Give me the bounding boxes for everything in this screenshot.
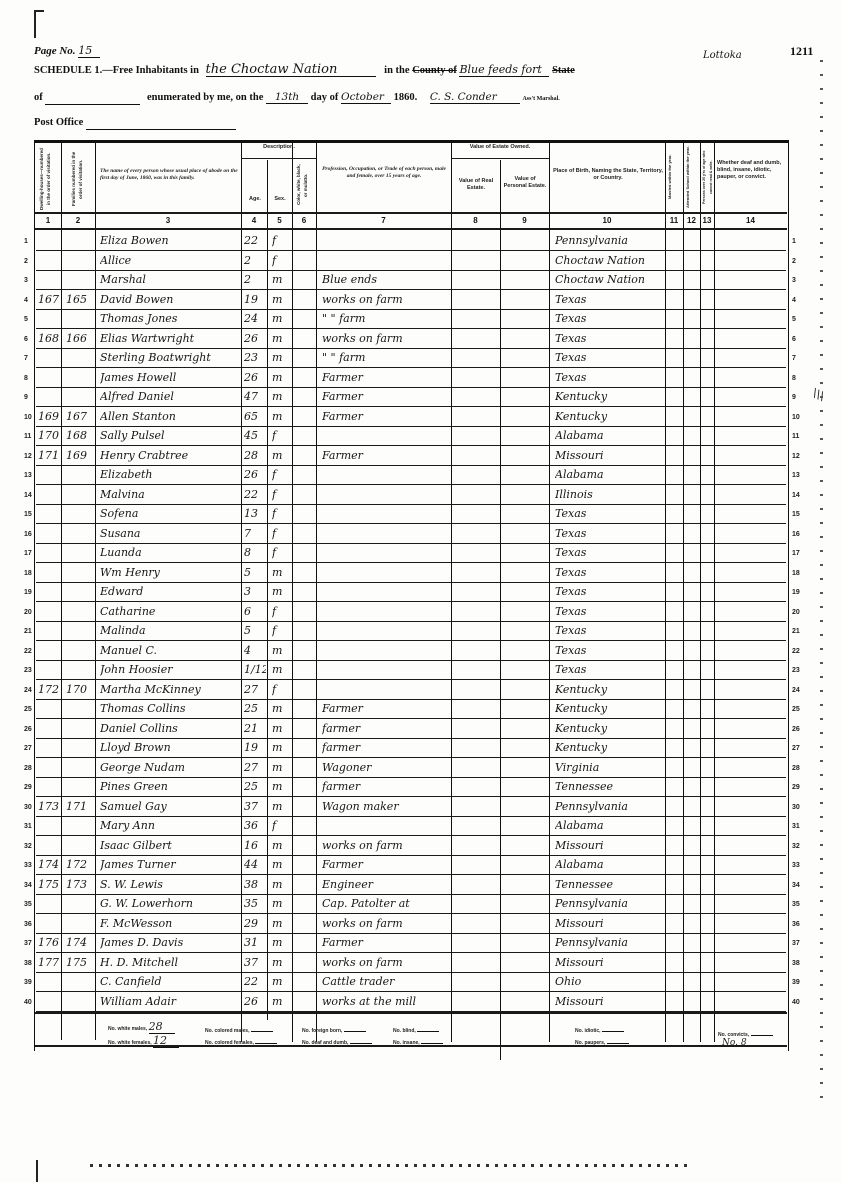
person-name: Sofena — [100, 507, 240, 520]
rows-bottom-rule — [35, 1012, 787, 1014]
person-name: William Adair — [100, 995, 240, 1008]
person-name: Pines Green — [100, 780, 240, 793]
line-number-left: 19 — [24, 589, 32, 596]
row-rule — [36, 406, 786, 407]
row-rule — [36, 523, 786, 524]
sex: f — [272, 819, 290, 832]
age: 24 — [244, 312, 266, 325]
white-males-label: No. white males, — [108, 1026, 147, 1032]
line-number-right: 7 — [792, 355, 796, 362]
sex: m — [272, 839, 290, 852]
row-rule — [36, 991, 786, 992]
birthplace: Alabama — [555, 819, 663, 832]
summary-white-females: No. white females, 12 — [108, 1034, 179, 1048]
sex: m — [272, 312, 290, 325]
sex: f — [272, 234, 290, 247]
row-rule — [36, 952, 786, 953]
occupation: Farmer — [322, 702, 450, 715]
line-number-left: 30 — [24, 804, 32, 811]
col13-header: Persons over 20 y'rs of age who cannot r… — [701, 146, 713, 208]
sex: m — [272, 761, 290, 774]
colored-females-label: No. colored females, — [205, 1040, 254, 1046]
sex: m — [272, 936, 290, 949]
birthplace: Missouri — [555, 449, 663, 462]
line-number-left: 3 — [24, 277, 28, 284]
sex: m — [272, 722, 290, 735]
birthplace: Ohio — [555, 975, 663, 988]
post-office-label: Post Office — [34, 117, 83, 128]
birthplace: Texas — [555, 332, 663, 345]
family-number: 167 — [66, 410, 92, 423]
birthplace: Missouri — [555, 839, 663, 852]
person-name: Martha McKinney — [100, 683, 240, 696]
sex: m — [272, 293, 290, 306]
age: 38 — [244, 878, 266, 891]
birthplace: Texas — [555, 507, 663, 520]
birthplace: Texas — [555, 585, 663, 598]
person-name: Malinda — [100, 624, 240, 637]
sex: m — [272, 780, 290, 793]
age: 26 — [244, 371, 266, 384]
person-name: G. W. Lowerhorn — [100, 897, 240, 910]
line-number-right: 19 — [792, 589, 800, 596]
page-number: Page No. 15 — [34, 45, 100, 58]
line-number-left: 10 — [24, 414, 32, 421]
schedule-label: SCHEDULE 1.—Free Inhabitants in — [34, 65, 199, 76]
page-number-value: 15 — [78, 45, 100, 58]
line-number-left: 12 — [24, 453, 32, 460]
col-number: 7 — [316, 216, 451, 225]
person-name: Lloyd Brown — [100, 741, 240, 754]
line-number-right: 22 — [792, 648, 800, 655]
line-number-right: 14 — [792, 492, 800, 499]
dwelling-number: 167 — [38, 293, 60, 306]
row-rule — [36, 757, 786, 758]
occupation: works on farm — [322, 332, 450, 345]
group-divider — [241, 158, 316, 159]
line-number-right: 25 — [792, 706, 800, 713]
col-number: 1 — [35, 216, 61, 225]
sex: m — [272, 332, 290, 345]
person-name: H. D. Mitchell — [100, 956, 240, 969]
row-rule — [36, 718, 786, 719]
sex: m — [272, 878, 290, 891]
birthplace: Kentucky — [555, 702, 663, 715]
line-number-right: 32 — [792, 843, 800, 850]
age: 25 — [244, 702, 266, 715]
age: 4 — [244, 644, 266, 657]
person-name: John Hoosier — [100, 663, 240, 676]
sex: f — [272, 624, 290, 637]
birthplace: Texas — [555, 312, 663, 325]
occupation: Farmer — [322, 449, 450, 462]
row-rule — [36, 679, 786, 680]
line-number-right: 38 — [792, 960, 800, 967]
enumerated-label: enumerated by me, on the — [147, 92, 263, 103]
number-row-rule — [35, 228, 787, 230]
sex: m — [272, 351, 290, 364]
col-number: 6 — [292, 216, 316, 225]
occupation: Farmer — [322, 936, 450, 949]
enumeration-line: of enumerated by me, on the 13th day of … — [34, 91, 560, 105]
col10-header: Place of Birth, Naming the State, Territ… — [553, 168, 663, 182]
sex: m — [272, 917, 290, 930]
person-name: Samuel Gay — [100, 800, 240, 813]
col2-header: Families numbered in the order of visita… — [70, 148, 90, 210]
occupation: works on farm — [322, 956, 450, 969]
line-number-right: 24 — [792, 687, 800, 694]
dwelling-number: 175 — [38, 878, 60, 891]
person-name: Susana — [100, 527, 240, 540]
post-office-blank — [86, 117, 236, 130]
summary-paupers: No. paupers, — [575, 1038, 629, 1046]
person-name: George Nudam — [100, 761, 240, 774]
person-name: Wm Henry — [100, 566, 240, 579]
sex: m — [272, 995, 290, 1008]
line-number-left: 21 — [24, 628, 32, 635]
birthplace: Texas — [555, 605, 663, 618]
age: 65 — [244, 410, 266, 423]
birthplace: Texas — [555, 566, 663, 579]
line-number-right: 1 — [792, 238, 796, 245]
age: 19 — [244, 293, 266, 306]
occupation: works on farm — [322, 839, 450, 852]
col5-header: Sex. — [268, 196, 292, 203]
birthplace: Kentucky — [555, 390, 663, 403]
line-number-right: 10 — [792, 414, 800, 421]
age: 27 — [244, 683, 266, 696]
county-value: Blue feeds fort — [459, 64, 549, 77]
sex: m — [272, 644, 290, 657]
row-rule — [36, 250, 786, 251]
line-number-right: 26 — [792, 726, 800, 733]
col4-header: Age. — [243, 196, 267, 203]
col8-header: Value of Real Estate. — [455, 178, 497, 192]
sex: m — [272, 858, 290, 871]
age: 26 — [244, 995, 266, 1008]
day-value: 13th — [266, 91, 308, 104]
sex: m — [272, 273, 290, 286]
group-divider — [451, 158, 549, 159]
birthplace: Kentucky — [555, 722, 663, 735]
row-rule — [36, 796, 786, 797]
line-number-left: 26 — [24, 726, 32, 733]
foreign-born-label: No. foreign born, — [302, 1028, 342, 1034]
col-number: 12 — [683, 216, 700, 225]
marshal-name: C. S. Conder — [430, 91, 520, 104]
line-number-right: 2 — [792, 258, 796, 265]
census-page: Page No. 15 1211 Lottoka SCHEDULE 1.—Fre… — [0, 0, 842, 1182]
age: 2 — [244, 254, 266, 267]
col12-header: Attended School within the year. — [684, 146, 699, 208]
age: 6 — [244, 605, 266, 618]
line-number-left: 14 — [24, 492, 32, 499]
person-name: Elizabeth — [100, 468, 240, 481]
occupation: works on farm — [322, 293, 450, 306]
corner-mark — [34, 10, 44, 12]
occupation: farmer — [322, 780, 450, 793]
line-number-right: 5 — [792, 316, 796, 323]
person-name: Luanda — [100, 546, 240, 559]
sex: f — [272, 683, 290, 696]
col3-header: The name of every person whose usual pla… — [100, 168, 238, 182]
birthplace: Kentucky — [555, 410, 663, 423]
birthplace: Alabama — [555, 858, 663, 871]
birthplace: Virginia — [555, 761, 663, 774]
birthplace: Missouri — [555, 917, 663, 930]
age: 29 — [244, 917, 266, 930]
occupation: " " farm — [322, 312, 450, 325]
col-number: 9 — [500, 216, 549, 225]
age: 44 — [244, 858, 266, 871]
birthplace: Alabama — [555, 468, 663, 481]
line-number-left: 39 — [24, 979, 32, 986]
line-number-right: 21 — [792, 628, 800, 635]
family-number: 165 — [66, 293, 92, 306]
age: 31 — [244, 936, 266, 949]
row-rule — [36, 445, 786, 446]
sex: m — [272, 371, 290, 384]
col-number: 10 — [549, 216, 665, 225]
age: 16 — [244, 839, 266, 852]
birthplace: Texas — [555, 351, 663, 364]
family-number: 175 — [66, 956, 92, 969]
line-number-right: 34 — [792, 882, 800, 889]
line-number-left: 24 — [24, 687, 32, 694]
row-rule — [36, 913, 786, 914]
occupation: Engineer — [322, 878, 450, 891]
sex: m — [272, 566, 290, 579]
summary-colored-males: No. colored males, — [205, 1026, 273, 1034]
blind-label: No. blind, — [393, 1028, 416, 1034]
day-of-label: day of — [311, 92, 339, 103]
age: 26 — [244, 332, 266, 345]
family-number: 168 — [66, 429, 92, 442]
line-number-left: 33 — [24, 862, 32, 869]
line-number-right: 8 — [792, 375, 796, 382]
occupation: Wagoner — [322, 761, 450, 774]
line-number-left: 36 — [24, 921, 32, 928]
occupation: Farmer — [322, 371, 450, 384]
sex: f — [272, 546, 290, 559]
person-name: Sally Pulsel — [100, 429, 240, 442]
sex: f — [272, 605, 290, 618]
row-rule — [36, 367, 786, 368]
sex: m — [272, 390, 290, 403]
occupation: Cap. Patolter at — [322, 897, 450, 910]
line-number-right: 13 — [792, 472, 800, 479]
col6-header: Color, white, black, or mulatto. — [295, 162, 313, 208]
person-name: Thomas Jones — [100, 312, 240, 325]
age: 3 — [244, 585, 266, 598]
line-number-left: 38 — [24, 960, 32, 967]
sex: m — [272, 449, 290, 462]
line-number-left: 27 — [24, 745, 32, 752]
family-number: 174 — [66, 936, 92, 949]
occupation: Blue ends — [322, 273, 450, 286]
birthplace: Missouri — [555, 995, 663, 1008]
occupation: " " farm — [322, 351, 450, 364]
line-number-right: 9 — [792, 394, 796, 401]
line-number-left: 28 — [24, 765, 32, 772]
marshal-label: Ass't Marshal. — [522, 96, 559, 102]
birthplace: Pennsylvania — [555, 234, 663, 247]
person-name: James Turner — [100, 858, 240, 871]
person-name: James D. Davis — [100, 936, 240, 949]
summary-white-males: No. white males, 28 — [108, 1020, 175, 1034]
summary-convicts-note: No. 8 — [722, 1038, 747, 1048]
person-name: Henry Crabtree — [100, 449, 240, 462]
line-number-left: 23 — [24, 667, 32, 674]
person-name: F. McWesson — [100, 917, 240, 930]
header-bottom-rule — [35, 212, 787, 214]
age: 28 — [244, 449, 266, 462]
person-name: James Howell — [100, 371, 240, 384]
dwelling-number: 172 — [38, 683, 60, 696]
of-blank — [45, 92, 140, 105]
age: 27 — [244, 761, 266, 774]
line-number-right: 35 — [792, 901, 800, 908]
occupation: Farmer — [322, 390, 450, 403]
line-number-left: 5 — [24, 316, 28, 323]
convicts-note: No. 8 — [722, 1038, 747, 1048]
family-number: 170 — [66, 683, 92, 696]
family-number: 169 — [66, 449, 92, 462]
white-males-value: 28 — [149, 1020, 175, 1034]
occupation: Cattle trader — [322, 975, 450, 988]
birthplace: Kentucky — [555, 741, 663, 754]
line-number-left: 34 — [24, 882, 32, 889]
dwelling-number: 173 — [38, 800, 60, 813]
sex: m — [272, 800, 290, 813]
sex: m — [272, 956, 290, 969]
row-rule — [36, 328, 786, 329]
sex: f — [272, 468, 290, 481]
occupation: Wagon maker — [322, 800, 450, 813]
bottom-edge-noise — [90, 1164, 690, 1167]
age: 21 — [244, 722, 266, 735]
col-number: 5 — [267, 216, 292, 225]
line-number-left: 13 — [24, 472, 32, 479]
family-number: 166 — [66, 332, 92, 345]
col9-header: Value of Personal Estate. — [503, 176, 547, 190]
line-number-left: 29 — [24, 784, 32, 791]
value-group-header: Value of Estate Owned. — [452, 144, 548, 151]
col11-header: Married within the year. — [666, 146, 682, 208]
white-females-value: 12 — [153, 1034, 179, 1048]
birthplace: Texas — [555, 663, 663, 676]
line-number-left: 40 — [24, 999, 32, 1006]
occupation: works at the mill — [322, 995, 450, 1008]
place-value: the Choctaw Nation — [206, 64, 376, 77]
summary-idiotic: No. idiotic, — [575, 1026, 624, 1034]
person-name: Malvina — [100, 488, 240, 501]
line-number-left: 2 — [24, 258, 28, 265]
line-number-left: 16 — [24, 531, 32, 538]
birthplace: Texas — [555, 293, 663, 306]
line-number-right: 27 — [792, 745, 800, 752]
line-number-right: 11 — [792, 433, 799, 440]
line-number-left: 8 — [24, 375, 28, 382]
occupation: farmer — [322, 722, 450, 735]
line-number-left: 25 — [24, 706, 32, 713]
person-name: Mary Ann — [100, 819, 240, 832]
person-name: Isaac Gilbert — [100, 839, 240, 852]
age: 23 — [244, 351, 266, 364]
col1-header: Dwelling-houses—numbered in the order of… — [38, 148, 58, 210]
post-office-line: Post Office — [34, 117, 236, 130]
line-number-left: 9 — [24, 394, 28, 401]
sex: f — [272, 527, 290, 540]
person-name: Alfred Daniel — [100, 390, 240, 403]
col-number: 4 — [241, 216, 267, 225]
in-the-label: in the — [384, 65, 409, 76]
birthplace: Texas — [555, 527, 663, 540]
white-females-label: No. white females, — [108, 1040, 152, 1046]
schedule-line: SCHEDULE 1.—Free Inhabitants in the Choc… — [34, 64, 575, 77]
occupation: Farmer — [322, 410, 450, 423]
birthplace: Pennsylvania — [555, 800, 663, 813]
age: 2 — [244, 273, 266, 286]
sex: m — [272, 741, 290, 754]
col14-header: Whether deaf and dumb, blind, insane, id… — [717, 160, 785, 181]
col-number: 13 — [700, 216, 714, 225]
summary-colored-females: No. colored females, — [205, 1038, 277, 1046]
line-number-right: 15 — [792, 511, 800, 518]
col-number: 11 — [665, 216, 683, 225]
line-number-left: 22 — [24, 648, 32, 655]
occupation: works on farm — [322, 917, 450, 930]
right-edge-noise — [820, 60, 823, 1110]
month-value: October — [341, 91, 391, 104]
year-value: 1860. — [394, 92, 418, 103]
line-number-left: 1 — [24, 238, 28, 245]
line-number-right: 39 — [792, 979, 800, 986]
dwelling-number: 168 — [38, 332, 60, 345]
sex: m — [272, 702, 290, 715]
person-name: S. W. Lewis — [100, 878, 240, 891]
row-rule — [36, 601, 786, 602]
age: 47 — [244, 390, 266, 403]
line-number-right: 29 — [792, 784, 800, 791]
line-number-left: 32 — [24, 843, 32, 850]
line-number-left: 31 — [24, 823, 32, 830]
person-name: Allice — [100, 254, 240, 267]
colored-males-label: No. colored males, — [205, 1028, 249, 1034]
line-number-left: 18 — [24, 570, 32, 577]
line-number-right: 6 — [792, 336, 796, 343]
person-name: Sterling Boatwright — [100, 351, 240, 364]
birthplace: Alabama — [555, 429, 663, 442]
age: 13 — [244, 507, 266, 520]
birthplace: Tennessee — [555, 780, 663, 793]
person-name: Eliza Bowen — [100, 234, 240, 247]
occupation: Farmer — [322, 858, 450, 871]
age: 35 — [244, 897, 266, 910]
sex: m — [272, 975, 290, 988]
dwelling-number: 174 — [38, 858, 60, 871]
line-number-right: 18 — [792, 570, 800, 577]
state-label: State — [552, 65, 575, 76]
person-name: Thomas Collins — [100, 702, 240, 715]
sex: m — [272, 585, 290, 598]
age: 19 — [244, 741, 266, 754]
row-rule — [36, 640, 786, 641]
line-number-right: 12 — [792, 453, 800, 460]
county-above-note: Lottoka — [703, 50, 742, 61]
person-name: Marshal — [100, 273, 240, 286]
age: 25 — [244, 780, 266, 793]
